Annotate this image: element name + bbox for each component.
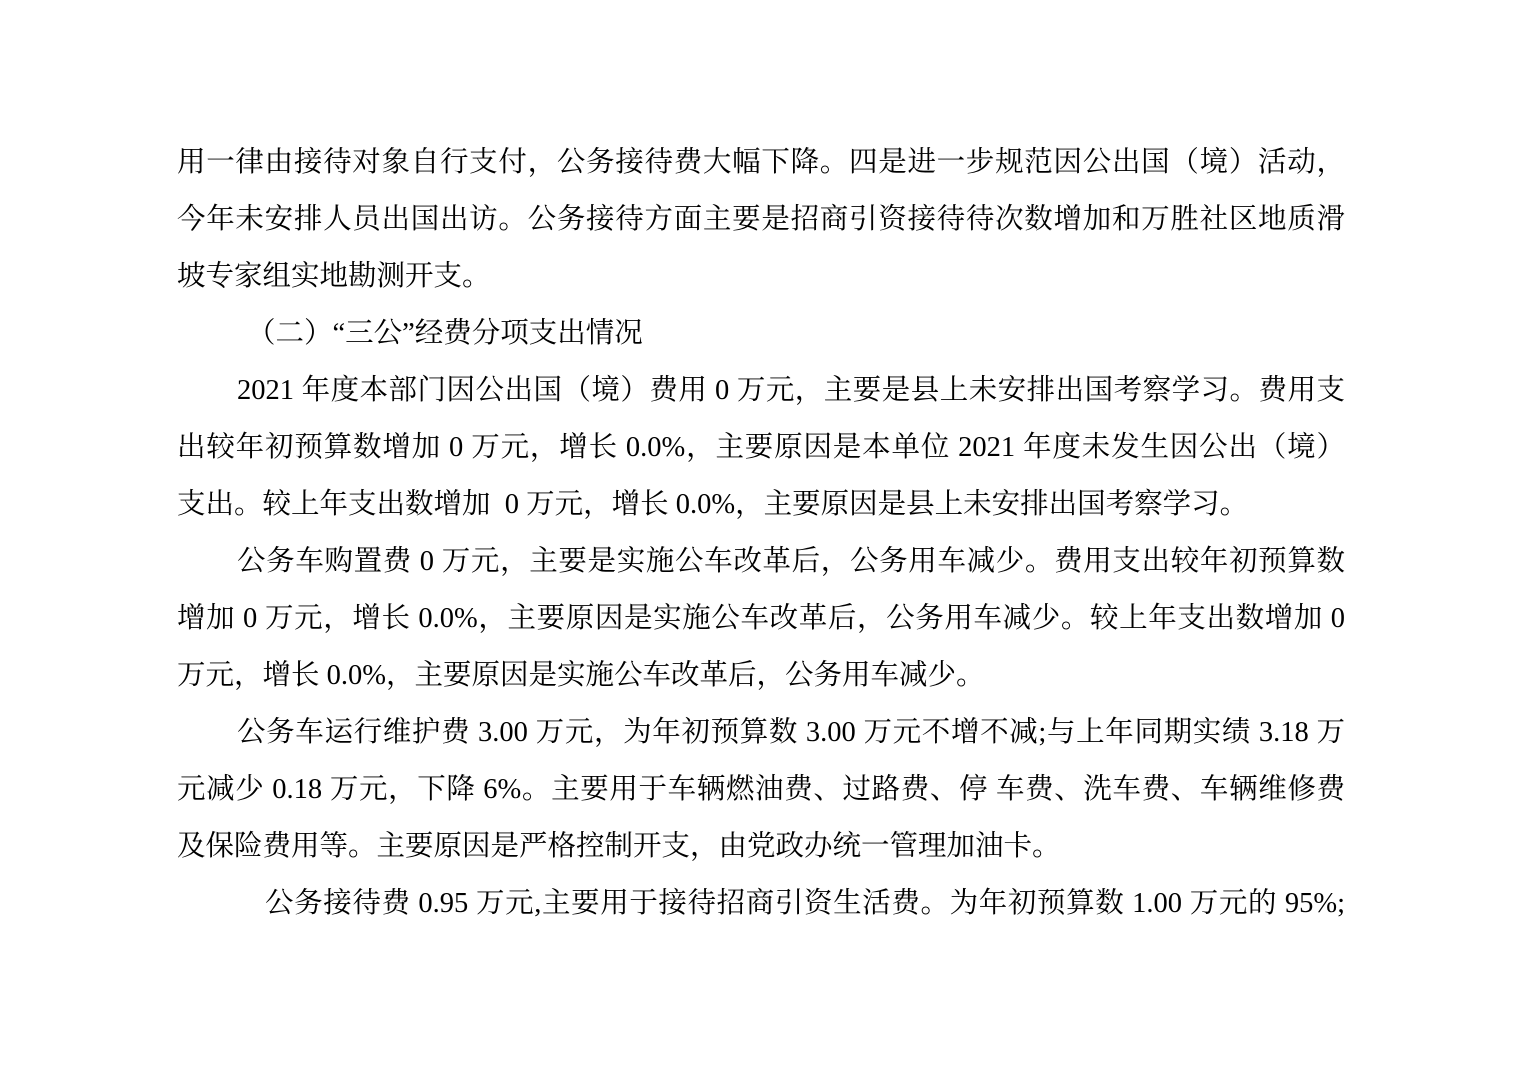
text-line: 及保险费用等。主要原因是严格控制开支，由党政办统一管理加油卡。 bbox=[177, 818, 1345, 875]
text-line: 用一律由接待对象自行支付，公务接待费大幅下降。四是进一步规范因公出国（境）活动， bbox=[177, 134, 1345, 191]
section-heading-line: （二）“三公”经费分项支出情况 bbox=[177, 305, 1345, 362]
text-line: 今年未安排人员出国出访。公务接待方面主要是招商引资接待待次数增加和万胜社区地质滑 bbox=[177, 191, 1345, 248]
paragraph-official-reception: 公务接待费 0.95 万元,主要用于接待招商引资生活费。为年初预算数 1.00 … bbox=[177, 875, 1345, 932]
text-line: 公务车购置费 0 万元，主要是实施公车改革后，公务用车减少。费用支出较年初预算数 bbox=[177, 533, 1345, 590]
paragraph-vehicle-purchase: 公务车购置费 0 万元，主要是实施公车改革后，公务用车减少。费用支出较年初预算数… bbox=[177, 533, 1345, 704]
paragraph-vehicle-maintenance: 公务车运行维护费 3.00 万元，为年初预算数 3.00 万元不增不减;与上年同… bbox=[177, 704, 1345, 875]
paragraph-abroad-expense: 2021 年度本部门因公出国（境）费用 0 万元，主要是县上未安排出国考察学习。… bbox=[177, 362, 1345, 533]
text-line: 公务接待费 0.95 万元,主要用于接待招商引资生活费。为年初预算数 1.00 … bbox=[177, 875, 1345, 932]
text-line: 公务车运行维护费 3.00 万元，为年初预算数 3.00 万元不增不减;与上年同… bbox=[177, 704, 1345, 761]
document-viewer: { "page": { "background": "#ffffff", "te… bbox=[0, 0, 1520, 1074]
text-line: 万元，增长 0.0%，主要原因是实施公车改革后，公务用车减少。 bbox=[177, 647, 1345, 704]
text-line: 坡专家组实地勘测开支。 bbox=[177, 248, 1345, 305]
text-line: 元减少 0.18 万元，下降 6%。主要用于车辆燃油费、过路费、停 车费、洗车费… bbox=[177, 761, 1345, 818]
paragraph-carryover-summary: 用一律由接待对象自行支付，公务接待费大幅下降。四是进一步规范因公出国（境）活动，… bbox=[177, 134, 1345, 305]
document-text-block: 用一律由接待对象自行支付，公务接待费大幅下降。四是进一步规范因公出国（境）活动，… bbox=[177, 0, 1345, 932]
section-heading: （二）“三公”经费分项支出情况 bbox=[177, 305, 1345, 362]
text-line: 增加 0 万元，增长 0.0%，主要原因是实施公车改革后，公务用车减少。较上年支… bbox=[177, 590, 1345, 647]
text-line: 2021 年度本部门因公出国（境）费用 0 万元，主要是县上未安排出国考察学习。… bbox=[177, 362, 1345, 419]
document-page: 用一律由接待对象自行支付，公务接待费大幅下降。四是进一步规范因公出国（境）活动，… bbox=[0, 0, 1520, 1074]
text-line: 出较年初预算数增加 0 万元，增长 0.0%，主要原因是本单位 2021 年度未… bbox=[177, 419, 1345, 476]
text-line: 支出。较上年支出数增加 0 万元，增长 0.0%，主要原因是县上未安排出国考察学… bbox=[177, 476, 1345, 533]
